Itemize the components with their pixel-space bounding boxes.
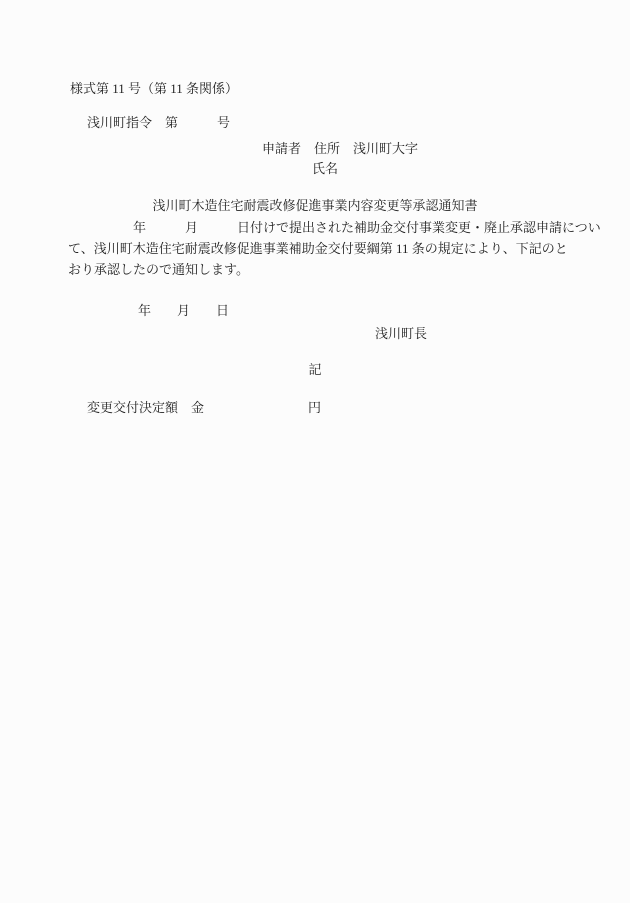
issue-date-line: 年 月 日 xyxy=(138,302,229,319)
record-marker: 記 xyxy=(0,361,630,378)
body-paragraph-line-2: て、浅川町木造住宅耐震改修促進事業補助金交付要綱第 11 条の規定により、下記の… xyxy=(68,240,568,257)
applicant-address-line: 申請者 住所 浅川町大字 xyxy=(262,140,418,157)
form-number-label: 様式第 11 号（第 11 条関係） xyxy=(70,80,238,97)
changed-grant-amount-line: 変更交付決定額 金 円 xyxy=(87,399,321,416)
directive-number-line: 浅川町指令 第 号 xyxy=(87,114,230,131)
body-paragraph-line-1: 年 月 日付けで提出された補助金交付事業変更・廃止承認申請につい xyxy=(133,219,601,236)
document-page: 様式第 11 号（第 11 条関係） 浅川町指令 第 号 申請者 住所 浅川町大… xyxy=(0,0,630,903)
mayor-signature-label: 浅川町長 xyxy=(375,325,427,342)
body-paragraph-line-3: おり承認したので通知します。 xyxy=(68,261,249,278)
document-title: 浅川町木造住宅耐震改修促進事業内容変更等承認通知書 xyxy=(0,197,630,214)
applicant-name-label: 氏名 xyxy=(312,160,338,177)
